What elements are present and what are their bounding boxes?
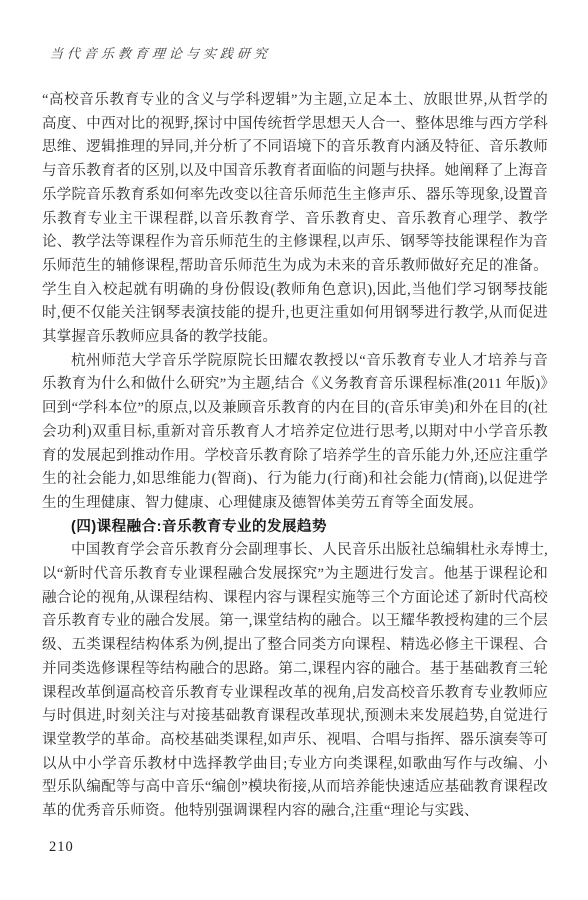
text-column: “高校音乐教育专业的含义与学科逻辑”为主题,立足本土、放眼世界,从哲学的高度、中… — [42, 89, 548, 824]
book-page: 当代音乐教育理论与实践研究 “高校音乐教育专业的含义与学科逻辑”为主题,立足本土… — [0, 0, 588, 900]
page-number: 210 — [49, 839, 74, 856]
body-paragraph: “高校音乐教育专业的含义与学科逻辑”为主题,立足本土、放眼世界,从哲学的高度、中… — [42, 89, 548, 350]
body-paragraph: 杭州师范大学音乐学院原院长田耀农教授以“音乐教育专业人才培养与音乐教育为什么和做… — [42, 350, 548, 516]
body-paragraph: 中国教育学会音乐教育分会副理事长、人民音乐出版社总编辑杜永寿博士,以“新时代音乐… — [42, 539, 548, 823]
section-heading: (四)课程融合:音乐教育专业的发展趋势 — [42, 516, 548, 540]
running-header-title: 当代音乐教育理论与实践研究 — [49, 43, 271, 62]
